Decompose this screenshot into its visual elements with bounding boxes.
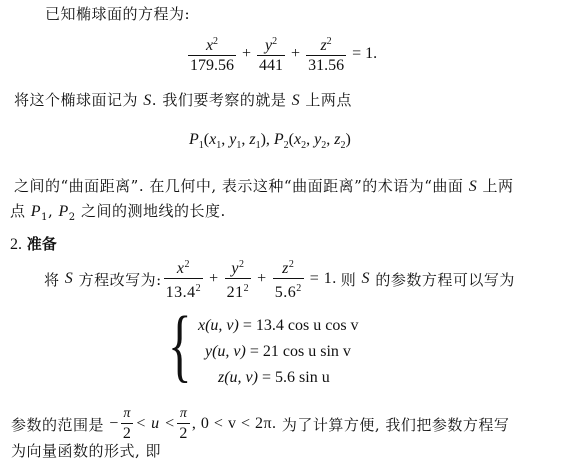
paragraph-geodesic-line1: 之间的“曲面距离”. 在几何中, 表示这种“曲面距离”的术语为“曲面 S 上两 <box>14 175 514 196</box>
paragraph-surface-naming: 将这个椭球面记为 S. 我们要考察的就是 S 上两点 <box>14 89 352 110</box>
fraction-y-rewrite: y2 212 <box>225 256 252 302</box>
intro-text: 已知椭球面的方程为: <box>45 3 190 24</box>
ellipsoid-equation: x2 179.56 + y2 441 + z2 31.56 = 1. <box>186 33 381 75</box>
points-formula: P1(x1, y1, z1), P2(x2, y2, z2) <box>189 131 351 151</box>
fraction-z: z2 31.56 <box>306 33 346 75</box>
paragraph-rewrite: 将 S 方程改写为: x2 13.42 + y2 212 + z2 5.62 =… <box>44 256 515 302</box>
left-brace: { <box>168 304 192 386</box>
fraction-y: y2 441 <box>257 33 285 75</box>
system-row-y: y(u, v) = 21 cos u sin v <box>205 343 351 361</box>
system-row-x: x(u, v) = 13.4 cos u cos v <box>198 317 359 335</box>
paragraph-geodesic-line2: 点 P1, P2 之间的测地线的长度. <box>10 200 226 223</box>
section-heading: 2. 准备 <box>10 233 57 254</box>
fraction-pi-over-2: π 2 <box>177 405 190 443</box>
fraction-z-rewrite: z2 5.62 <box>273 256 304 302</box>
system-row-z: z(u, v) = 5.6 sin u <box>218 369 330 387</box>
paragraph-parameter-range: 参数的范围是 − π 2 < u < π 2 , 0 < v < 2π. 为了计… <box>11 405 509 443</box>
fraction-x: x2 179.56 <box>188 33 236 75</box>
fraction-neg-pi-over-2: π 2 <box>121 405 134 443</box>
fraction-x-rewrite: x2 13.42 <box>164 256 204 302</box>
paragraph-vector-form: 为向量函数的形式, 即 <box>11 440 161 461</box>
